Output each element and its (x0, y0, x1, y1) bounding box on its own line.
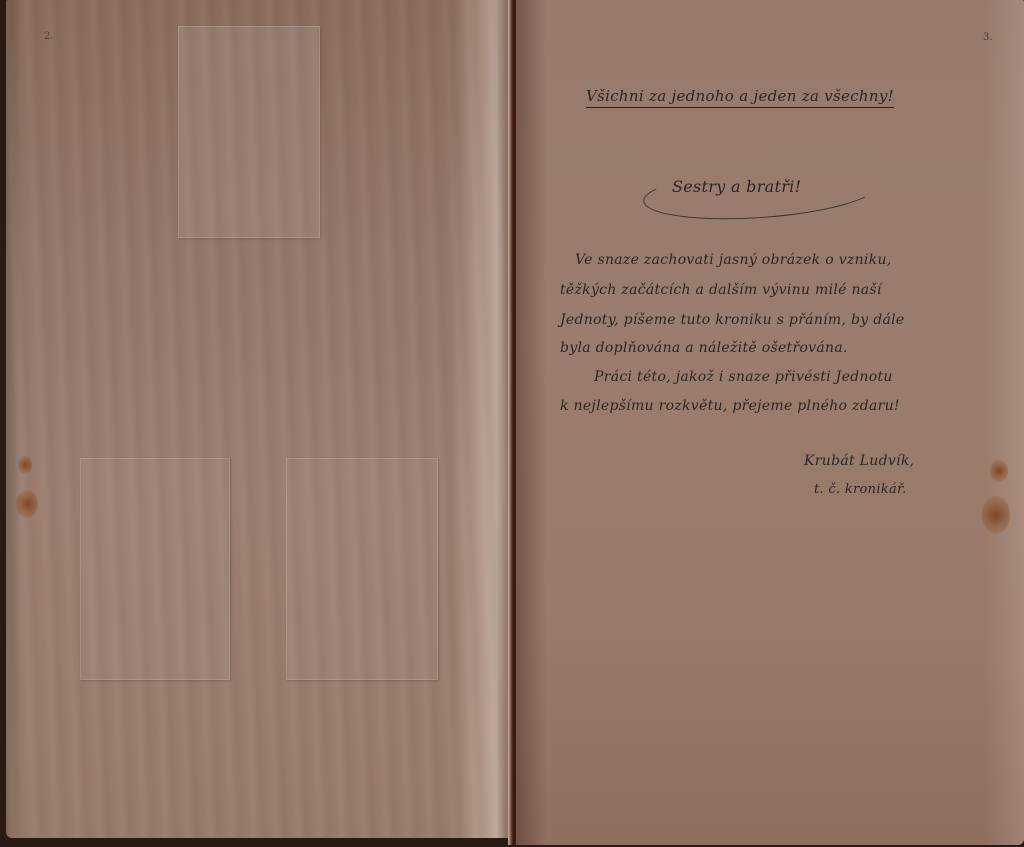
signature-title: t. č. kronikář. (814, 482, 907, 497)
left-page (6, 0, 512, 838)
stain-mark (16, 490, 38, 518)
salutation: Sestry a bratři! (672, 177, 801, 196)
page-number-left: 2. (44, 31, 54, 42)
right-page (516, 0, 1024, 845)
body-line: těžkých začátcích a dalším vývinu milé n… (560, 282, 882, 298)
body-line: Práci této, jakož i snaze přivésti Jedno… (594, 369, 893, 385)
body-line: k nejlepšímu rozkvětu, přejeme plného zd… (560, 398, 900, 414)
body-line: Jednoty, píšeme tuto kroniku s přáním, b… (560, 312, 905, 328)
stain-mark (18, 456, 32, 474)
page-number-right: 3. (983, 32, 993, 43)
motto-heading: Všichni za jednoho a jeden za všechny! (586, 87, 894, 108)
book-spread: 2. 3. Všichni za jednoho a jeden za všec… (0, 0, 1024, 847)
body-line: byla doplňována a náležitě ošetřována. (560, 340, 848, 356)
stain-mark (990, 460, 1008, 482)
empty-photo-slot-top (178, 26, 320, 238)
empty-photo-slot-bottom-left (80, 458, 230, 680)
signature-name: Krubát Ludvík, (804, 453, 914, 469)
stain-mark (982, 496, 1010, 534)
body-line: Ve snaze zachovati jasný obrázek o vznik… (575, 252, 892, 268)
empty-photo-slot-bottom-right (286, 458, 438, 680)
